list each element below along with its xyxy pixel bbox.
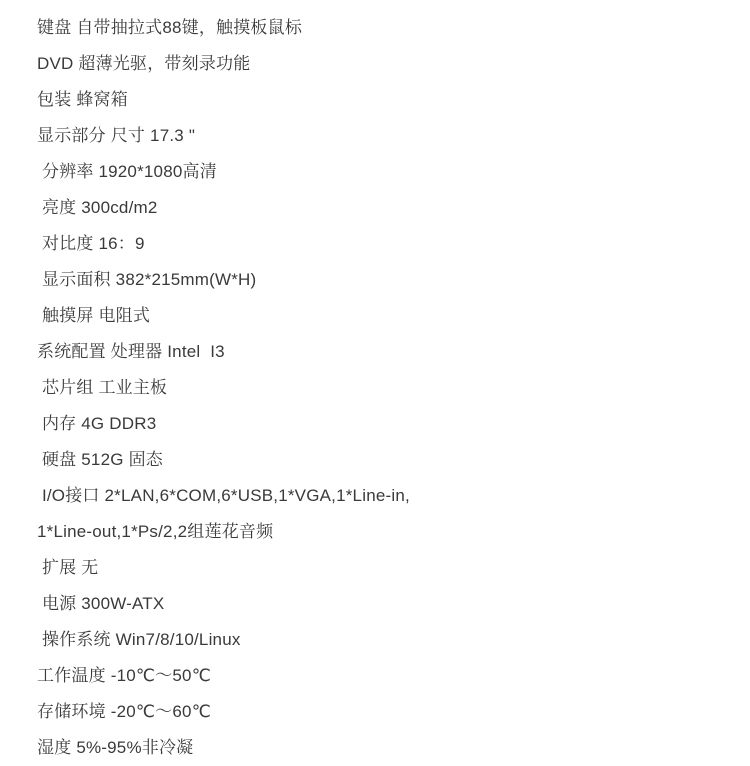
spec-line-keyboard: 键盘 自带抽拉式88键，触摸板鼠标 [37, 10, 730, 46]
spec-line-touchscreen: 触摸屏 电阻式 [37, 298, 730, 334]
spec-line-humidity: 湿度 5%-95%非冷凝 [37, 730, 730, 766]
spec-line-brightness: 亮度 300cd/m2 [37, 190, 730, 226]
spec-line-processor: 系统配置 处理器 Intel I3 [37, 334, 730, 370]
spec-line-io-ports-2: 1*Line-out,1*Ps/2,2组莲花音频 [37, 514, 730, 550]
spec-line-contrast-ratio: 对比度 16：9 [37, 226, 730, 262]
spec-line-resolution: 分辨率 1920*1080高清 [37, 154, 730, 190]
spec-line-display-area: 显示面积 382*215mm(W*H) [37, 262, 730, 298]
spec-line-display-size: 显示部分 尺寸 17.3 " [37, 118, 730, 154]
product-spec-page: 键盘 自带抽拉式88键，触摸板鼠标 DVD 超薄光驱，带刻录功能 包装 蜂窝箱 … [0, 0, 750, 766]
spec-line-packaging: 包装 蜂窝箱 [37, 82, 730, 118]
spec-line-os: 操作系统 Win7/8/10/Linux [37, 622, 730, 658]
spec-list: 键盘 自带抽拉式88键，触摸板鼠标 DVD 超薄光驱，带刻录功能 包装 蜂窝箱 … [0, 0, 750, 766]
spec-line-power-supply: 电源 300W-ATX [37, 586, 730, 622]
spec-line-memory: 内存 4G DDR3 [37, 406, 730, 442]
spec-line-io-ports-1: I/O接口 2*LAN,6*COM,6*USB,1*VGA,1*Line-in, [37, 478, 730, 514]
spec-line-dvd: DVD 超薄光驱，带刻录功能 [37, 46, 730, 82]
spec-line-chipset: 芯片组 工业主板 [37, 370, 730, 406]
spec-line-storage-temp: 存储环境 -20℃～60℃ [37, 694, 730, 730]
spec-line-hard-drive: 硬盘 512G 固态 [37, 442, 730, 478]
spec-line-expansion: 扩展 无 [37, 550, 730, 586]
spec-line-operating-temp: 工作温度 -10℃～50℃ [37, 658, 730, 694]
